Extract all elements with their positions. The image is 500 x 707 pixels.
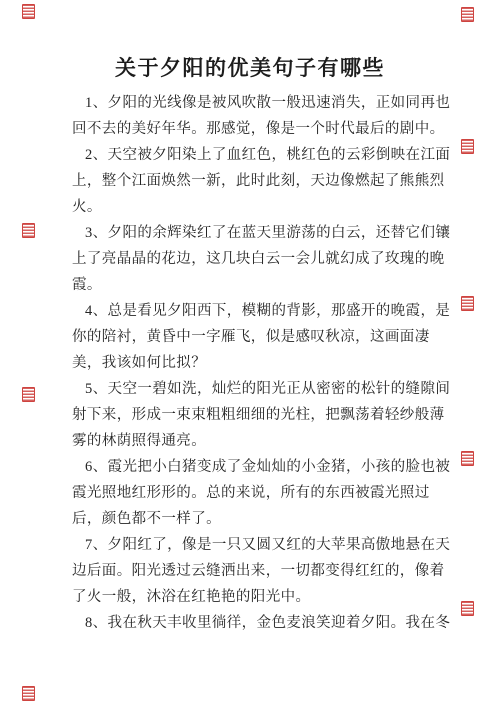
text-line: 美，我该如何比拟？ — [72, 350, 462, 376]
text-line: 你的陪衬，黄昏中一字雁飞，似是感叹秋凉，这画面凄 — [72, 324, 462, 350]
text-line: 上，整个江面焕然一新，此时此刻，天边像燃起了熊熊烈 — [72, 168, 462, 194]
page-title: 关于夕阳的优美句子有哪些 — [0, 54, 500, 82]
text-line: 火。 — [72, 194, 462, 220]
text-line: 了火一般，沐浴在红艳艳的阳光中。 — [72, 584, 462, 610]
paragraph: 2、天空被夕阳染上了血红色，桃红色的云彩倒映在江面上，整个江面焕然一新，此时此刻… — [72, 142, 462, 220]
paragraph: 3、夕阳的余辉染红了在蓝天里游荡的白云，还替它们镶上了亮晶晶的花边，这几块白云一… — [72, 220, 462, 298]
text-line: 4、总是看见夕阳西下，模糊的背影，那盛开的晚霞，是 — [72, 298, 462, 324]
red-stamp-mark — [461, 296, 474, 311]
text-line: 3、夕阳的余辉染红了在蓝天里游荡的白云，还替它们镶 — [72, 220, 462, 246]
text-line: 霞光照地红形形的。总的来说，所有的东西被霞光照过 — [72, 480, 462, 506]
red-stamp-mark — [22, 223, 35, 238]
text-line: 回不去的美好年华。那感觉，像是一个时代最后的剧中。 — [72, 116, 462, 142]
paragraph: 6、霞光把小白猪变成了金灿灿的小金猪，小孩的脸也被霞光照地红形形的。总的来说，所… — [72, 454, 462, 532]
text-line: 雾的林荫照得通亮。 — [72, 428, 462, 454]
paragraph: 1、夕阳的光线像是被风吹散一般迅速消失，正如同再也回不去的美好年华。那感觉，像是… — [72, 90, 462, 142]
text-line: 8、我在秋天丰收里徜徉，金色麦浪笑迎着夕阳。我在冬 — [72, 610, 462, 636]
red-stamp-mark — [461, 139, 474, 154]
text-line: 6、霞光把小白猪变成了金灿灿的小金猪，小孩的脸也被 — [72, 454, 462, 480]
text-line: 射下来，形成一束束粗粗细细的光柱，把飘荡着轻纱般薄 — [72, 402, 462, 428]
paragraph: 8、我在秋天丰收里徜徉，金色麦浪笑迎着夕阳。我在冬 — [72, 610, 462, 636]
red-stamp-mark — [461, 601, 474, 616]
red-stamp-mark — [22, 4, 35, 19]
red-stamp-mark — [22, 686, 35, 701]
text-line: 边后面。阳光透过云缝洒出来，一切都变得红红的，像着 — [72, 558, 462, 584]
paragraph: 4、总是看见夕阳西下，模糊的背影，那盛开的晚霞，是你的陪衬，黄昏中一字雁飞，似是… — [72, 298, 462, 376]
text-line: 5、天空一碧如洗，灿烂的阳光正从密密的松针的缝隙间 — [72, 376, 462, 402]
red-stamp-mark — [461, 451, 474, 466]
document-body: 1、夕阳的光线像是被风吹散一般迅速消失，正如同再也回不去的美好年华。那感觉，像是… — [72, 90, 462, 636]
text-line: 7、夕阳红了，像是一只又圆又红的大苹果高傲地悬在天 — [72, 532, 462, 558]
text-line: 2、天空被夕阳染上了血红色，桃红色的云彩倒映在江面 — [72, 142, 462, 168]
document-page: 关于夕阳的优美句子有哪些 1、夕阳的光线像是被风吹散一般迅速消失，正如同再也回不… — [0, 0, 500, 707]
text-line: 上了亮晶晶的花边，这几块白云一会儿就幻成了玫瑰的晚 — [72, 246, 462, 272]
paragraph: 5、天空一碧如洗，灿烂的阳光正从密密的松针的缝隙间射下来，形成一束束粗粗细细的光… — [72, 376, 462, 454]
paragraph: 7、夕阳红了，像是一只又圆又红的大苹果高傲地悬在天边后面。阳光透过云缝洒出来，一… — [72, 532, 462, 610]
red-stamp-mark — [461, 7, 474, 22]
text-line: 1、夕阳的光线像是被风吹散一般迅速消失，正如同再也 — [72, 90, 462, 116]
text-line: 霞。 — [72, 272, 462, 298]
text-line: 后，颜色都不一样了。 — [72, 506, 462, 532]
red-stamp-mark — [22, 387, 35, 402]
